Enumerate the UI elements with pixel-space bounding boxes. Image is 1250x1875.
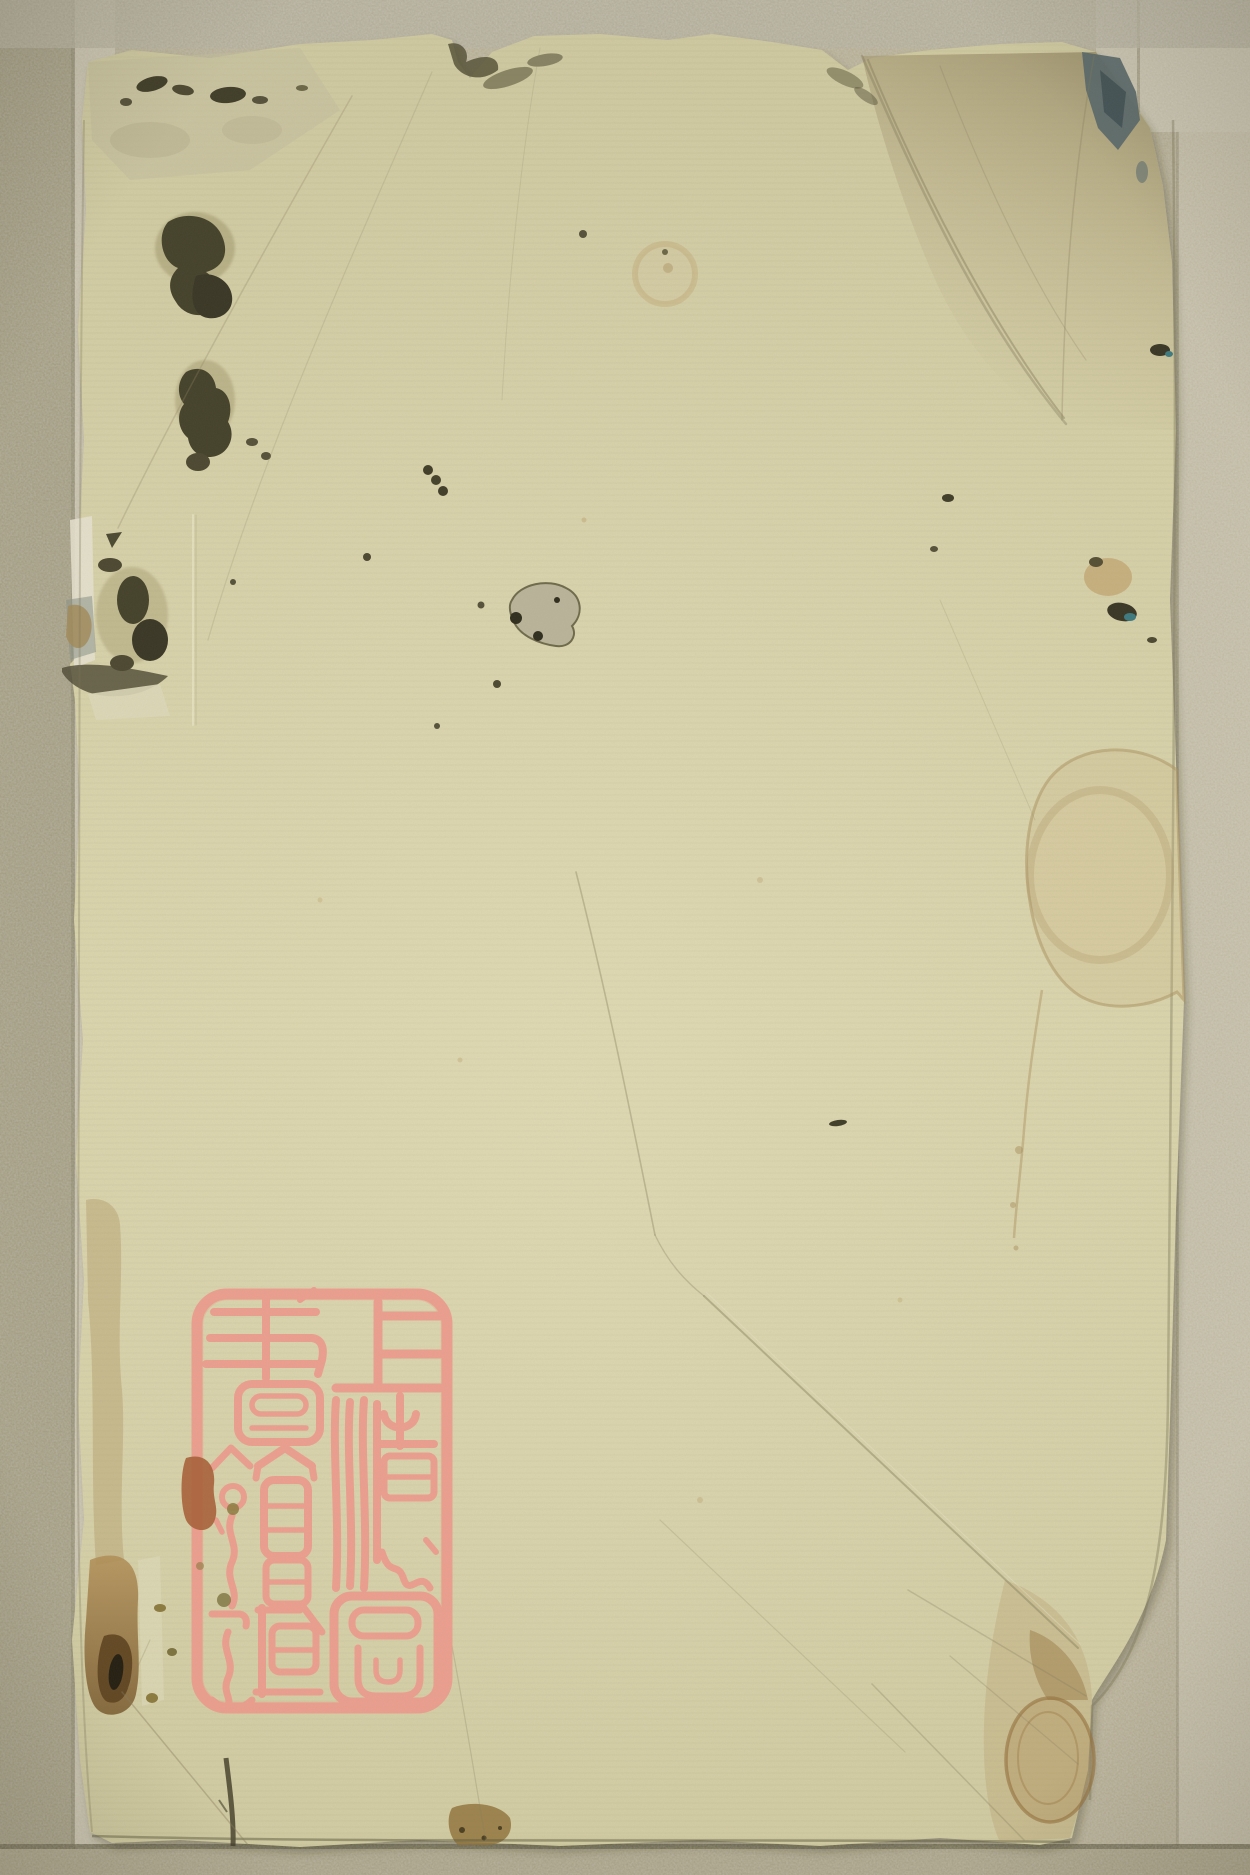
scan-canvas: [0, 0, 1250, 1875]
vignette-overlay: [0, 0, 1250, 1875]
book-cover-scan: [0, 0, 1250, 1875]
